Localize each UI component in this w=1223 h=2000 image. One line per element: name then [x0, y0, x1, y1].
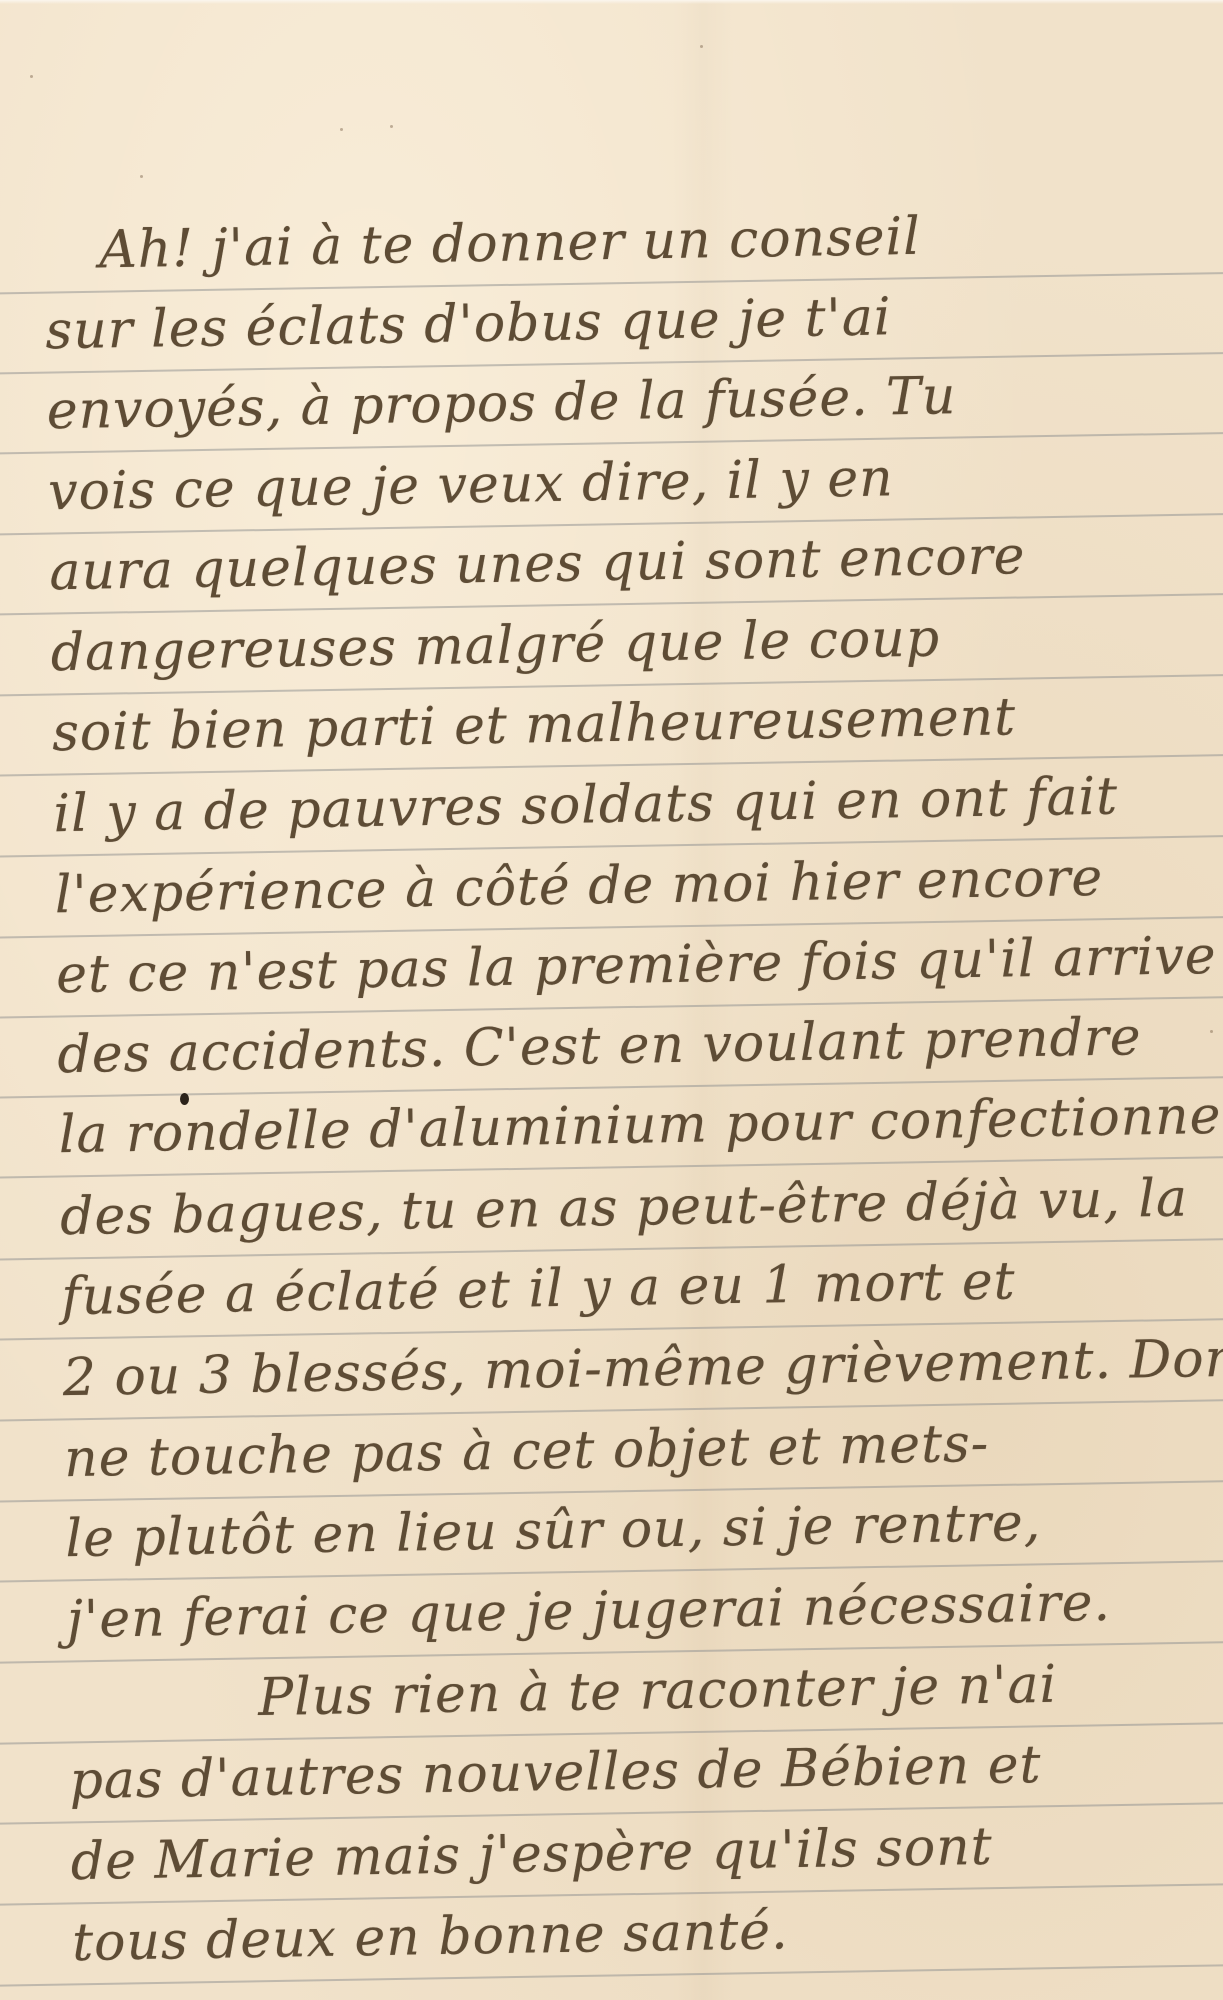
letter-line: l'expérience à côté de moi hier encore [54, 848, 1103, 925]
letter-line: de Marie mais j'espère qu'ils sont [70, 1817, 993, 1892]
letter-line: Ah! j'ai à te donner un conseil [99, 207, 922, 281]
letter-line: Plus rien à te raconter je n'ai [258, 1655, 1058, 1728]
letter-line: pas d'autres nouvelles de Bébien et [69, 1735, 1042, 1811]
handwritten-text: Ah! j'ai à te donner un conseil sur les … [0, 0, 1223, 2000]
letter-line: des bagues, tu en as peut-être déjà vu, … [60, 1168, 1189, 1247]
letter-line: vois ce que je veux dire, il y en [48, 448, 894, 522]
letter-line: des accidents. C'est en voulant prendre [57, 1007, 1142, 1085]
letter-line: la rondelle d'aluminium pour confectionn… [58, 1085, 1223, 1165]
letter-line: soit bien parti et malheureusement [52, 687, 1017, 763]
letter-line: et ce n'est pas la première fois qu'il a… [56, 926, 1217, 1005]
letter-line: fusée a éclaté et il y a eu 1 mort et [61, 1251, 1016, 1327]
letter-page: Ah! j'ai à te donner un conseil sur les … [0, 0, 1223, 2000]
letter-line: envoyés, à propos de la fusée. Tu [46, 366, 956, 441]
letter-line: j'en ferai ce que je jugerai nécessaire. [66, 1573, 1111, 1650]
letter-line: le plutôt en lieu sûr ou, si je rentre, [65, 1493, 1042, 1569]
letter-line: 2 ou 3 blessés, moi-même grièvement. Don… [62, 1328, 1223, 1408]
ink-blot [180, 1093, 189, 1105]
letter-line: dangereuses malgré que le coup [50, 609, 940, 684]
letter-line: il y a de pauvres soldats qui en ont fai… [53, 767, 1118, 845]
letter-line: sur les éclats d'obus que je t'ai [45, 287, 892, 361]
letter-line: ne touche pas à cet objet et mets- [64, 1414, 990, 1489]
letter-line: aura quelques unes qui sont encore [49, 526, 1026, 602]
letter-line: tous deux en bonne santé. [72, 1901, 789, 1973]
